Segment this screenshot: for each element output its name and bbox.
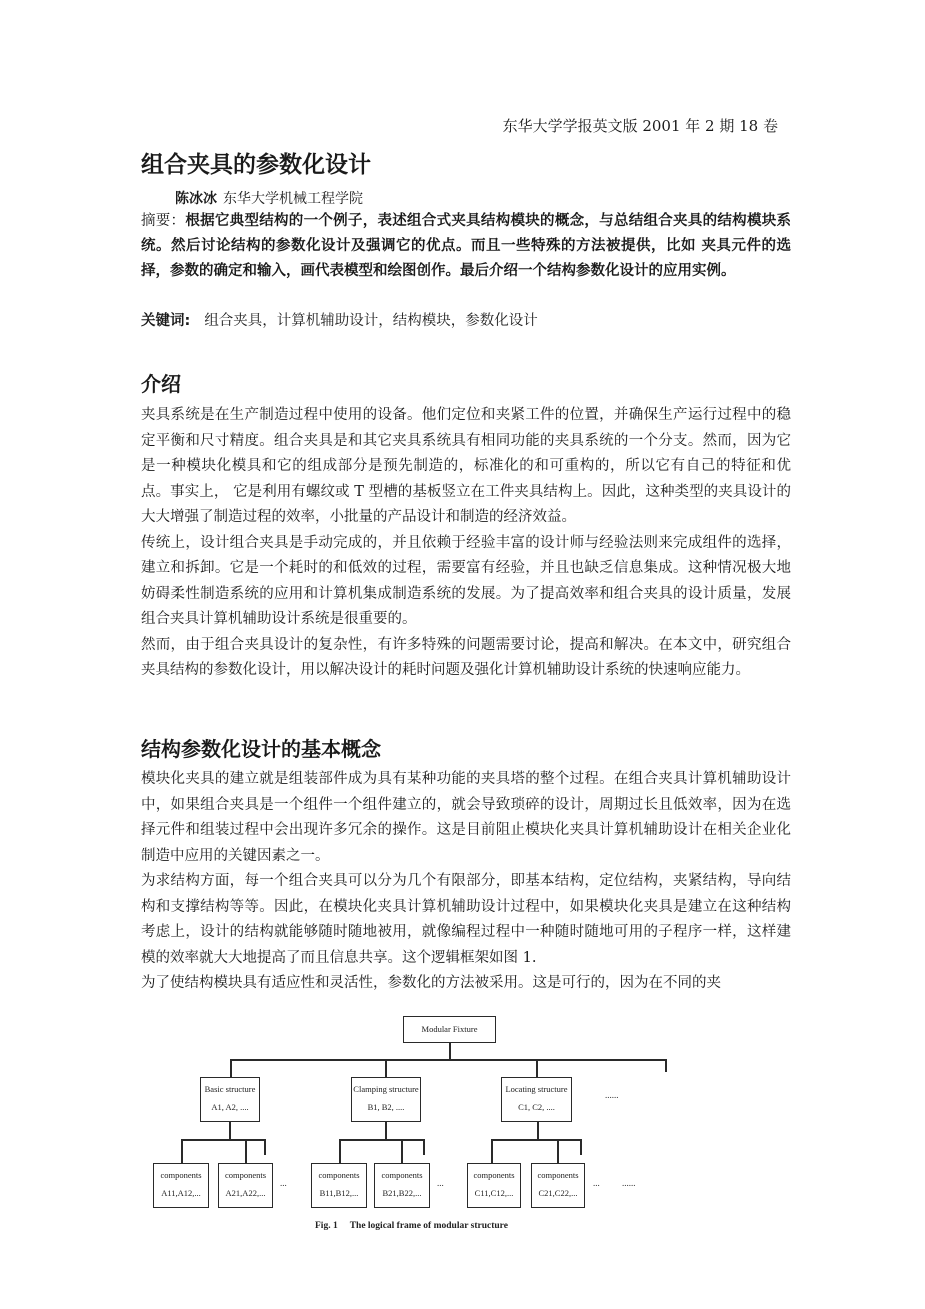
locating-structure-node: Locating structure C1, C2, .... xyxy=(501,1077,572,1122)
journal-header: 东华大学学报英文版 2001 年 2 期 18 卷 xyxy=(503,115,778,136)
figure-number: Fig. 1 xyxy=(315,1221,338,1231)
component-node-a1: components A11,A12,... xyxy=(153,1163,209,1208)
connector xyxy=(401,1139,403,1163)
paragraph: 为了使结构模块具有适应性和灵活性，参数化的方法被采用。这是可行的，因为在不同的夹 xyxy=(141,971,791,997)
author-name: 陈冰冰 xyxy=(175,191,217,207)
section-basic-concept-body: 模块化夹具的建立就是组装部件成为具有某种功能的夹具塔的整个过程。在组合夹具计算机… xyxy=(141,767,791,997)
connector xyxy=(385,1059,387,1077)
more-components-ellipsis: ... xyxy=(437,1178,444,1188)
paper-title: 组合夹具的参数化设计 xyxy=(141,146,371,179)
figure-caption-text: The logical frame of modular structure xyxy=(350,1221,508,1231)
connector xyxy=(245,1139,247,1163)
more-structures-ellipsis: ...... xyxy=(605,1090,619,1100)
connector xyxy=(230,1059,666,1061)
connector xyxy=(491,1139,581,1141)
component-node-b2: components B21,B22,... xyxy=(374,1163,430,1208)
connector xyxy=(385,1122,387,1139)
connector xyxy=(491,1139,493,1163)
section-heading-basic-concept: 结构参数化设计的基本概念 xyxy=(141,733,381,762)
section-introduction-body: 夹具系统是在生产制造过程中使用的设备。他们定位和夹紧工件的位置，并确保生产运行过… xyxy=(141,403,791,684)
more-components-ellipsis: ... xyxy=(593,1178,600,1188)
connector xyxy=(229,1122,231,1139)
component-node-c2: components C21,C22,... xyxy=(531,1163,585,1208)
clamping-structure-node: Clamping structure B1, B2, .... xyxy=(351,1077,421,1122)
author-line: 陈冰冰东华大学机械工程学院 xyxy=(175,188,363,208)
root-node: Modular Fixture xyxy=(403,1016,496,1043)
connector xyxy=(665,1059,667,1072)
connector xyxy=(537,1122,539,1139)
more-ellipsis: ...... xyxy=(622,1178,636,1188)
more-components-ellipsis: ... xyxy=(280,1178,287,1188)
paragraph: 然而，由于组合夹具设计的复杂性，有许多特殊的问题需要讨论，提高和解决。在本文中，… xyxy=(141,633,791,684)
connector xyxy=(557,1139,559,1163)
connector xyxy=(580,1139,582,1155)
keywords: 关键词:组合夹具，计算机辅助设计，结构模块，参数化设计 xyxy=(141,309,538,334)
connector xyxy=(536,1059,538,1077)
connector xyxy=(339,1139,424,1141)
paragraph: 为求结构方面，每一个组合夹具可以分为几个有限部分，即基本结构，定位结构，夹紧结构… xyxy=(141,869,791,971)
connector xyxy=(181,1139,183,1163)
paragraph: 传统上，设计组合夹具是手动完成的，并且依赖于经验丰富的设计师与经验法则来完成组件… xyxy=(141,531,791,633)
connector xyxy=(230,1059,232,1077)
component-node-c1: components C11,C12,... xyxy=(467,1163,521,1208)
connector xyxy=(264,1139,266,1155)
component-node-b1: components B11,B12,... xyxy=(311,1163,367,1208)
figure-caption: Fig. 1The logical frame of modular struc… xyxy=(315,1221,508,1231)
connector xyxy=(423,1139,425,1155)
keywords-text: 组合夹具，计算机辅助设计，结构模块，参数化设计 xyxy=(204,313,538,329)
component-node-a2: components A21,A22,... xyxy=(218,1163,273,1208)
abstract-label: 摘要： xyxy=(141,213,185,229)
section-heading-introduction: 介绍 xyxy=(141,368,181,397)
paragraph: 模块化夹具的建立就是组装部件成为具有某种功能的夹具塔的整个过程。在组合夹具计算机… xyxy=(141,767,791,869)
keywords-label: 关键词: xyxy=(141,313,190,329)
abstract-text: 根据它典型结构的一个例子，表述组合式夹具结构模块的概念，与总结组合夹具的结构模块… xyxy=(141,213,791,279)
connector xyxy=(339,1139,341,1163)
connector xyxy=(449,1043,451,1059)
paragraph: 夹具系统是在生产制造过程中使用的设备。他们定位和夹紧工件的位置，并确保生产运行过… xyxy=(141,403,791,531)
connector xyxy=(181,1139,265,1141)
abstract: 摘要：根据它典型结构的一个例子，表述组合式夹具结构模块的概念，与总结组合夹具的结… xyxy=(141,209,791,284)
author-affiliation: 东华大学机械工程学院 xyxy=(223,191,363,207)
basic-structure-node: Basic structure A1, A2, .... xyxy=(200,1077,260,1122)
